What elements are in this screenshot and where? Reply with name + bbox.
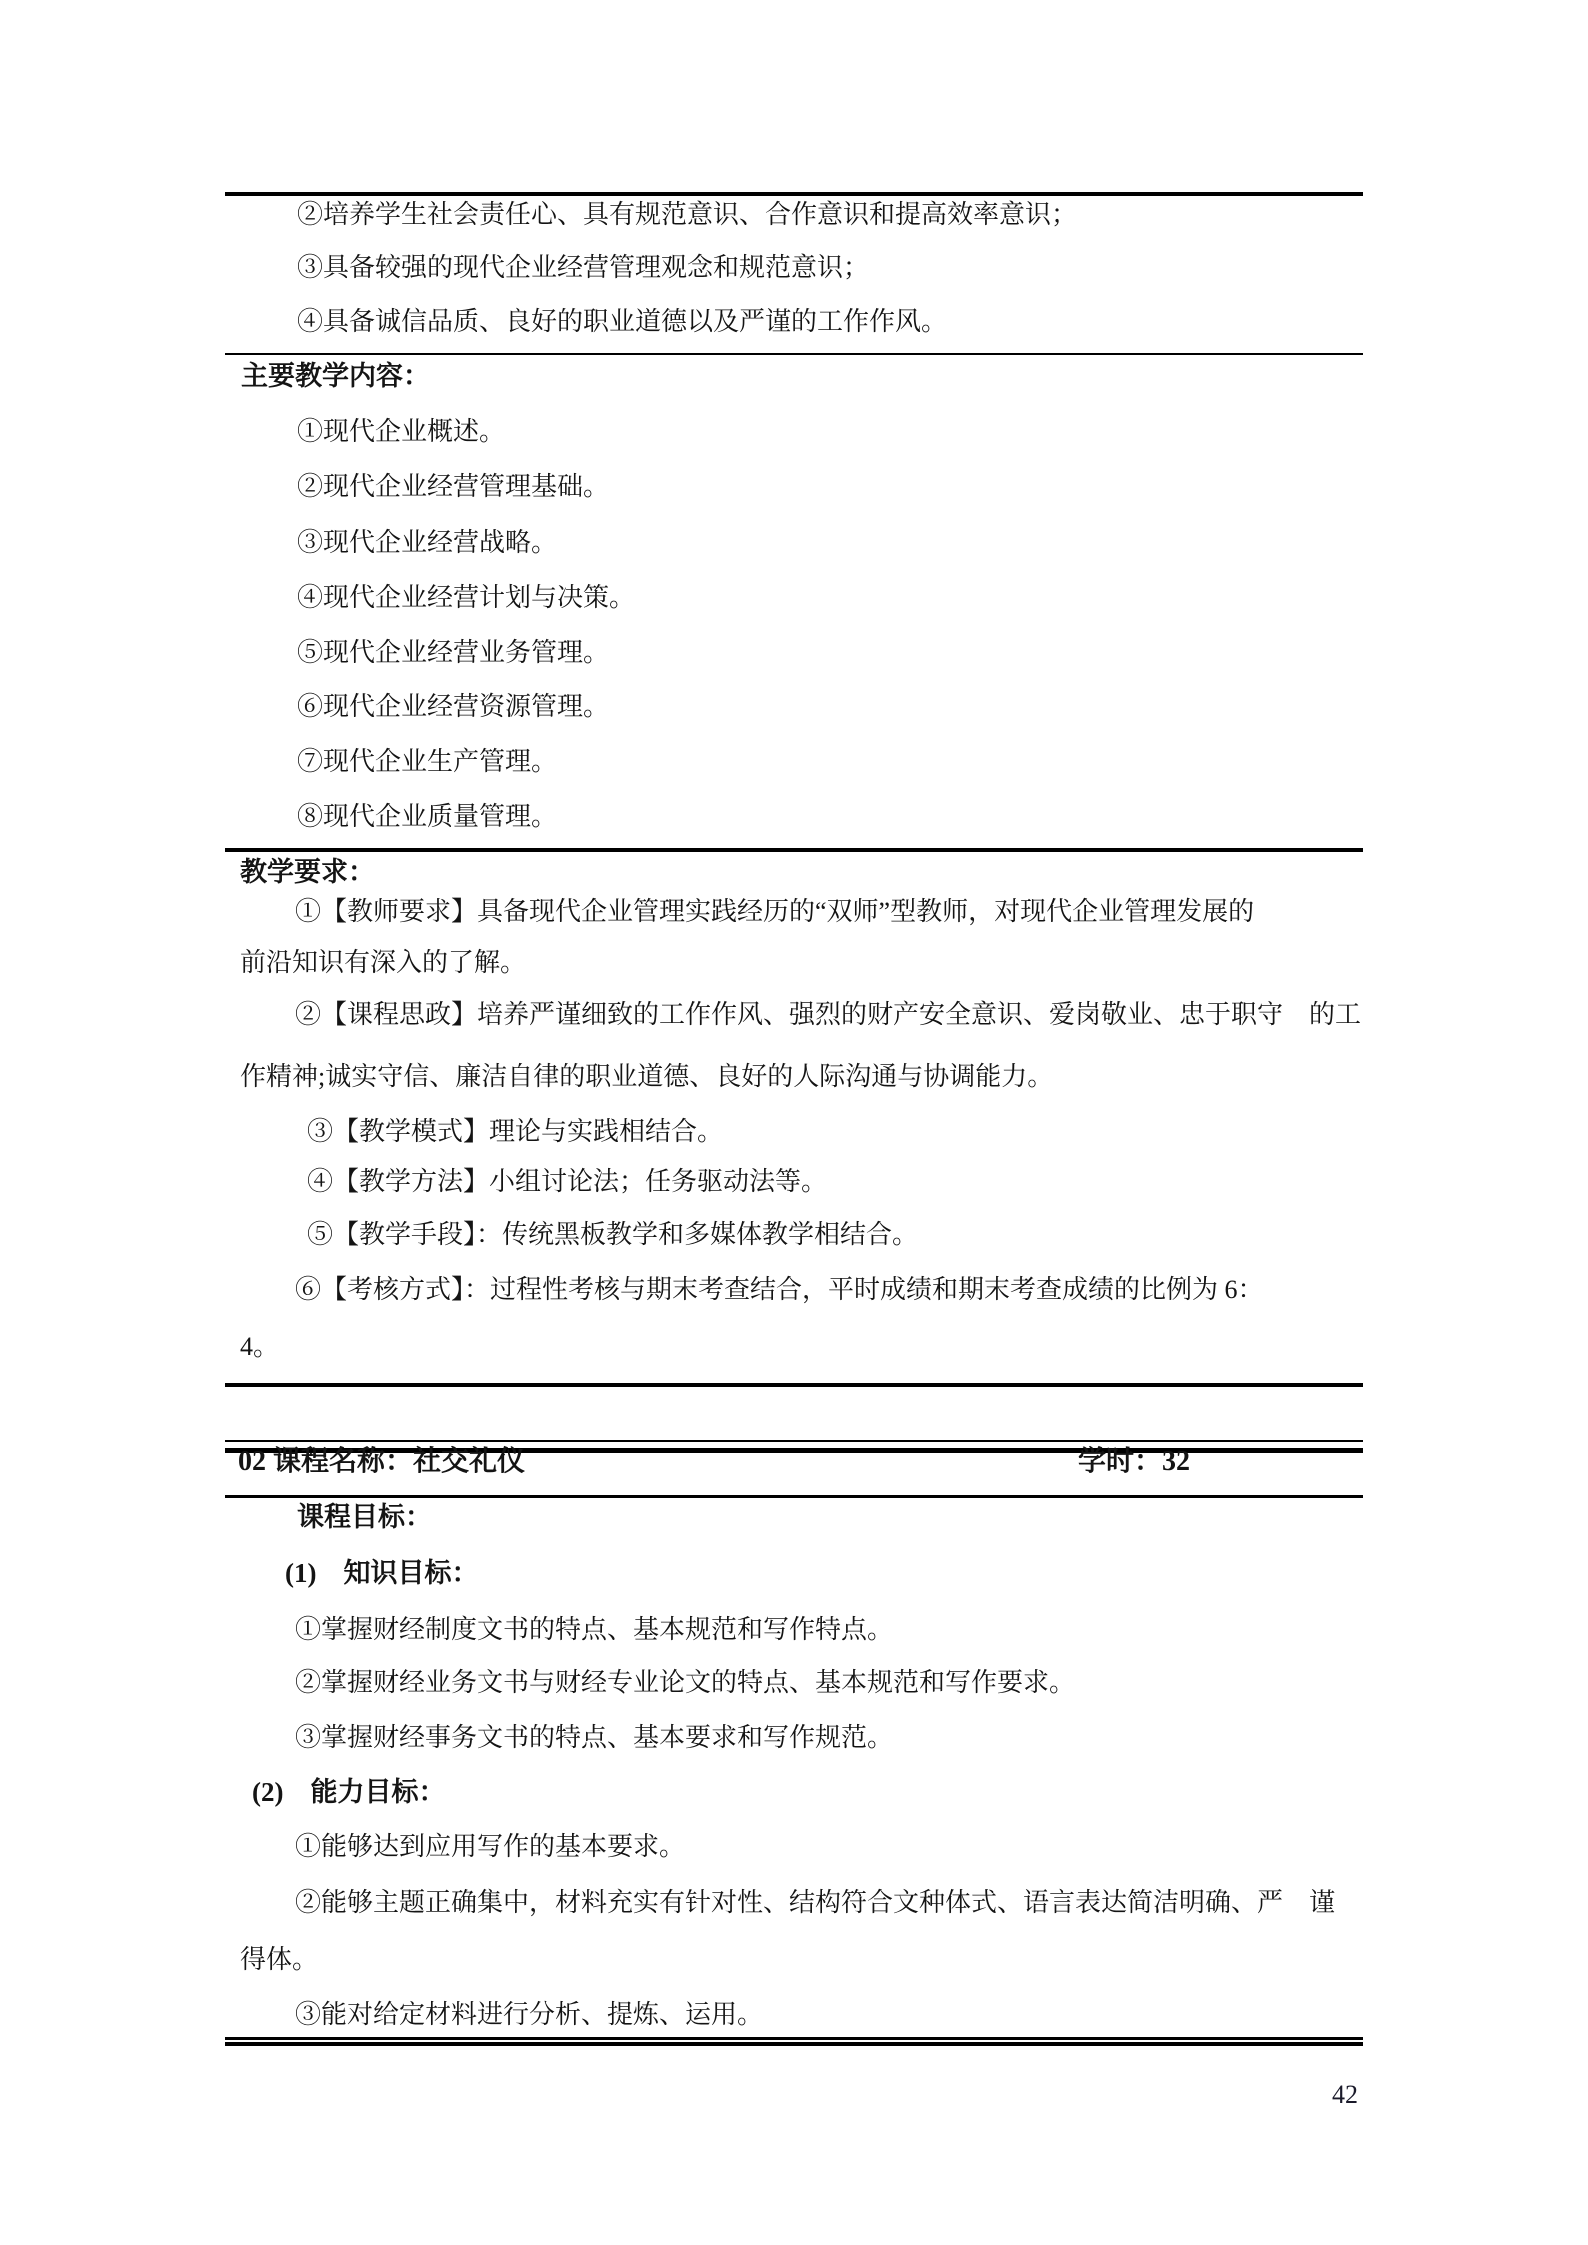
- content-item: ①现代企业概述。: [297, 405, 505, 459]
- ability-goals-header: (2) 能力目标：: [252, 1765, 445, 1819]
- content-item: ②现代企业经营管理基础。: [297, 460, 609, 514]
- content-item: ⑦现代企业生产管理。: [297, 735, 557, 789]
- requirement-line: ③【教学模式】理论与实践相结合。: [307, 1105, 723, 1159]
- ability-goal-line: ①能够达到应用写作的基本要求。: [295, 1820, 685, 1874]
- knowledge-goals-header: (1) 知识目标：: [285, 1546, 478, 1600]
- knowledge-goal-item: ②掌握财经业务文书与财经专业论文的特点、基本规范和写作要求。: [295, 1656, 1075, 1710]
- requirement-line: ⑤【教学手段】：传统黑板教学和多媒体教学相结合。: [307, 1208, 918, 1262]
- table2-bottom-double-rule: [225, 2037, 1363, 2046]
- content-item: ⑥现代企业经营资源管理。: [297, 680, 609, 734]
- objective-line: ②培养学生社会责任心、具有规范意识、合作意识和提高效率意识；: [297, 188, 1077, 242]
- ability-goal-line: ③能对给定材料进行分析、提炼、运用。: [295, 1988, 763, 2042]
- row-divider-rule: [225, 848, 1363, 852]
- ability-goal-line: ②能够主题正确集中，材料充实有针对性、结构符合文种体式、语言表达简洁明确、严 谨: [295, 1876, 1335, 1930]
- objective-line: ④具备诚信品质、良好的职业道德以及严谨的工作作风。: [297, 295, 947, 349]
- requirement-line: ⑥【考核方式】：过程性考核与期末考查结合，平时成绩和期末考查成绩的比例为 6：: [295, 1263, 1264, 1317]
- requirement-line: 作精神;诚实守信、廉洁自律的职业道德、良好的人际沟通与协调能力。: [240, 1050, 1053, 1104]
- table1-bottom-rule: [225, 1383, 1363, 1387]
- content-item: ⑧现代企业质量管理。: [297, 790, 557, 844]
- ability-goal-line: 得体。: [240, 1933, 318, 1987]
- page-number: 42: [1332, 2080, 1358, 2110]
- content-item: ③现代企业经营战略。: [297, 516, 557, 570]
- content-item: ④现代企业经营计划与决策。: [297, 571, 635, 625]
- requirement-line: ④【教学方法】小组讨论法；任务驱动法等。: [307, 1155, 827, 1209]
- requirement-line: ②【课程思政】培养严谨细致的工作作风、强烈的财产安全意识、爱岗敬业、忠于职守 的…: [295, 988, 1361, 1042]
- requirement-line: 前沿知识有深入的了解。: [240, 936, 526, 990]
- document-page: ②培养学生社会责任心、具有规范意识、合作意识和提高效率意识； ③具备较强的现代企…: [0, 0, 1588, 2245]
- teaching-content-header: 主要教学内容：: [241, 349, 430, 403]
- objective-line: ③具备较强的现代企业经营管理观念和规范意识；: [297, 241, 869, 295]
- course-title: 02 课程名称：社交礼仪: [238, 1435, 525, 1489]
- knowledge-goal-item: ③掌握财经事务文书的特点、基本要求和写作规范。: [295, 1711, 893, 1765]
- knowledge-goal-item: ①掌握财经制度文书的特点、基本规范和写作特点。: [295, 1603, 893, 1657]
- requirement-line: ①【教师要求】具备现代企业管理实践经历的“双师”型教师，对现代企业管理发展的: [295, 885, 1254, 939]
- course-hours: 学时：32: [1078, 1435, 1190, 1489]
- content-item: ⑤现代企业经营业务管理。: [297, 626, 609, 680]
- course-goals-header: 课程目标：: [297, 1490, 432, 1544]
- requirement-line: 4。: [240, 1320, 279, 1374]
